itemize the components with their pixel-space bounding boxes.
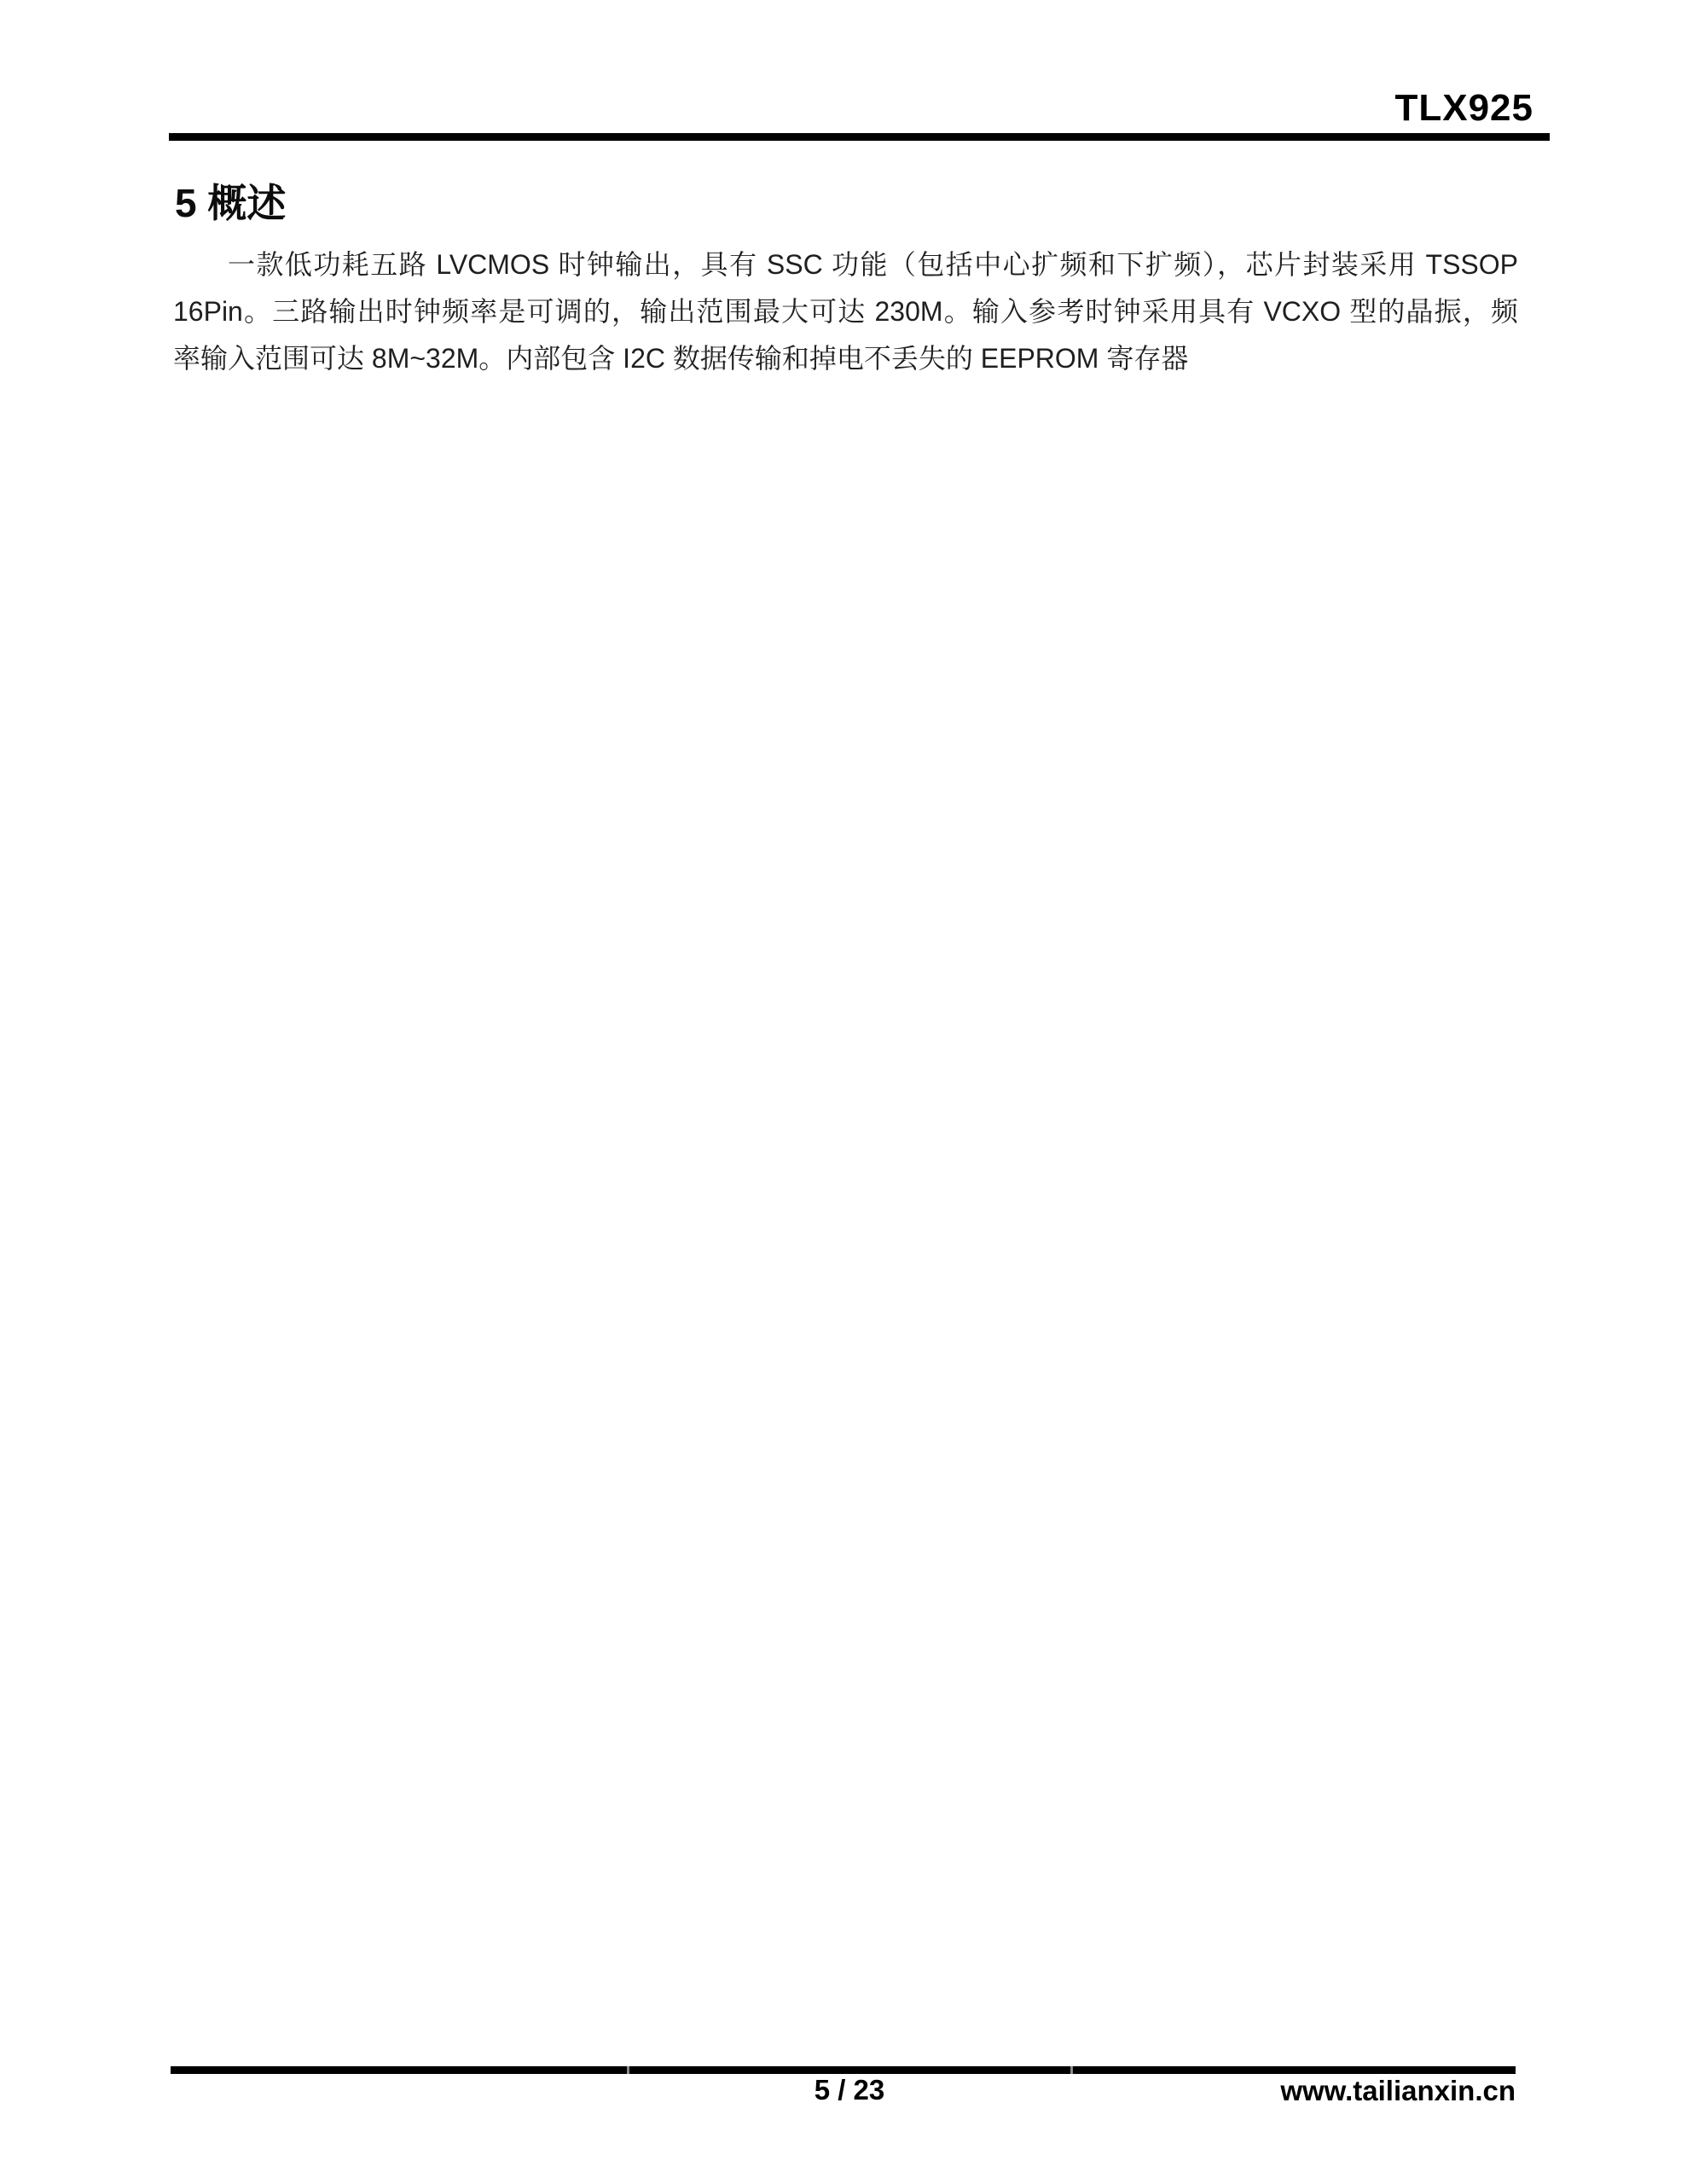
- body-paragraph: 一款低功耗五路 LVCMOS 时钟输出，具有 SSC 功能（包括中心扩频和下扩频…: [173, 241, 1518, 382]
- footer-rule: [171, 2066, 1516, 2074]
- paragraph-line-1: 一款低功耗五路 LVCMOS 时钟输出，具有 SSC 功能（包括中心扩频和下扩频…: [173, 241, 1518, 288]
- paragraph-line-2: 16Pin。三路输出时钟频率是可调的，输出范围最大可达 230M。输入参考时钟采…: [173, 288, 1518, 335]
- section-heading: 5 概述: [175, 181, 286, 225]
- footer-page-number: 5 / 23: [629, 2074, 1070, 2106]
- document-page: TLX925 5 概述 一款低功耗五路 LVCMOS 时钟输出，具有 SSC 功…: [0, 0, 1687, 2184]
- header-part-number: TLX925: [1394, 89, 1533, 128]
- paragraph-line-3: 率输入范围可达 8M~32M。内部包含 I2C 数据传输和掉电不丢失的 EEPR…: [173, 335, 1518, 382]
- header-rule: [169, 133, 1550, 141]
- footer-rule-seam: [627, 2066, 629, 2074]
- footer-website-url: www.tailianxin.cn: [1280, 2075, 1516, 2107]
- footer-rule-seam: [1070, 2066, 1073, 2074]
